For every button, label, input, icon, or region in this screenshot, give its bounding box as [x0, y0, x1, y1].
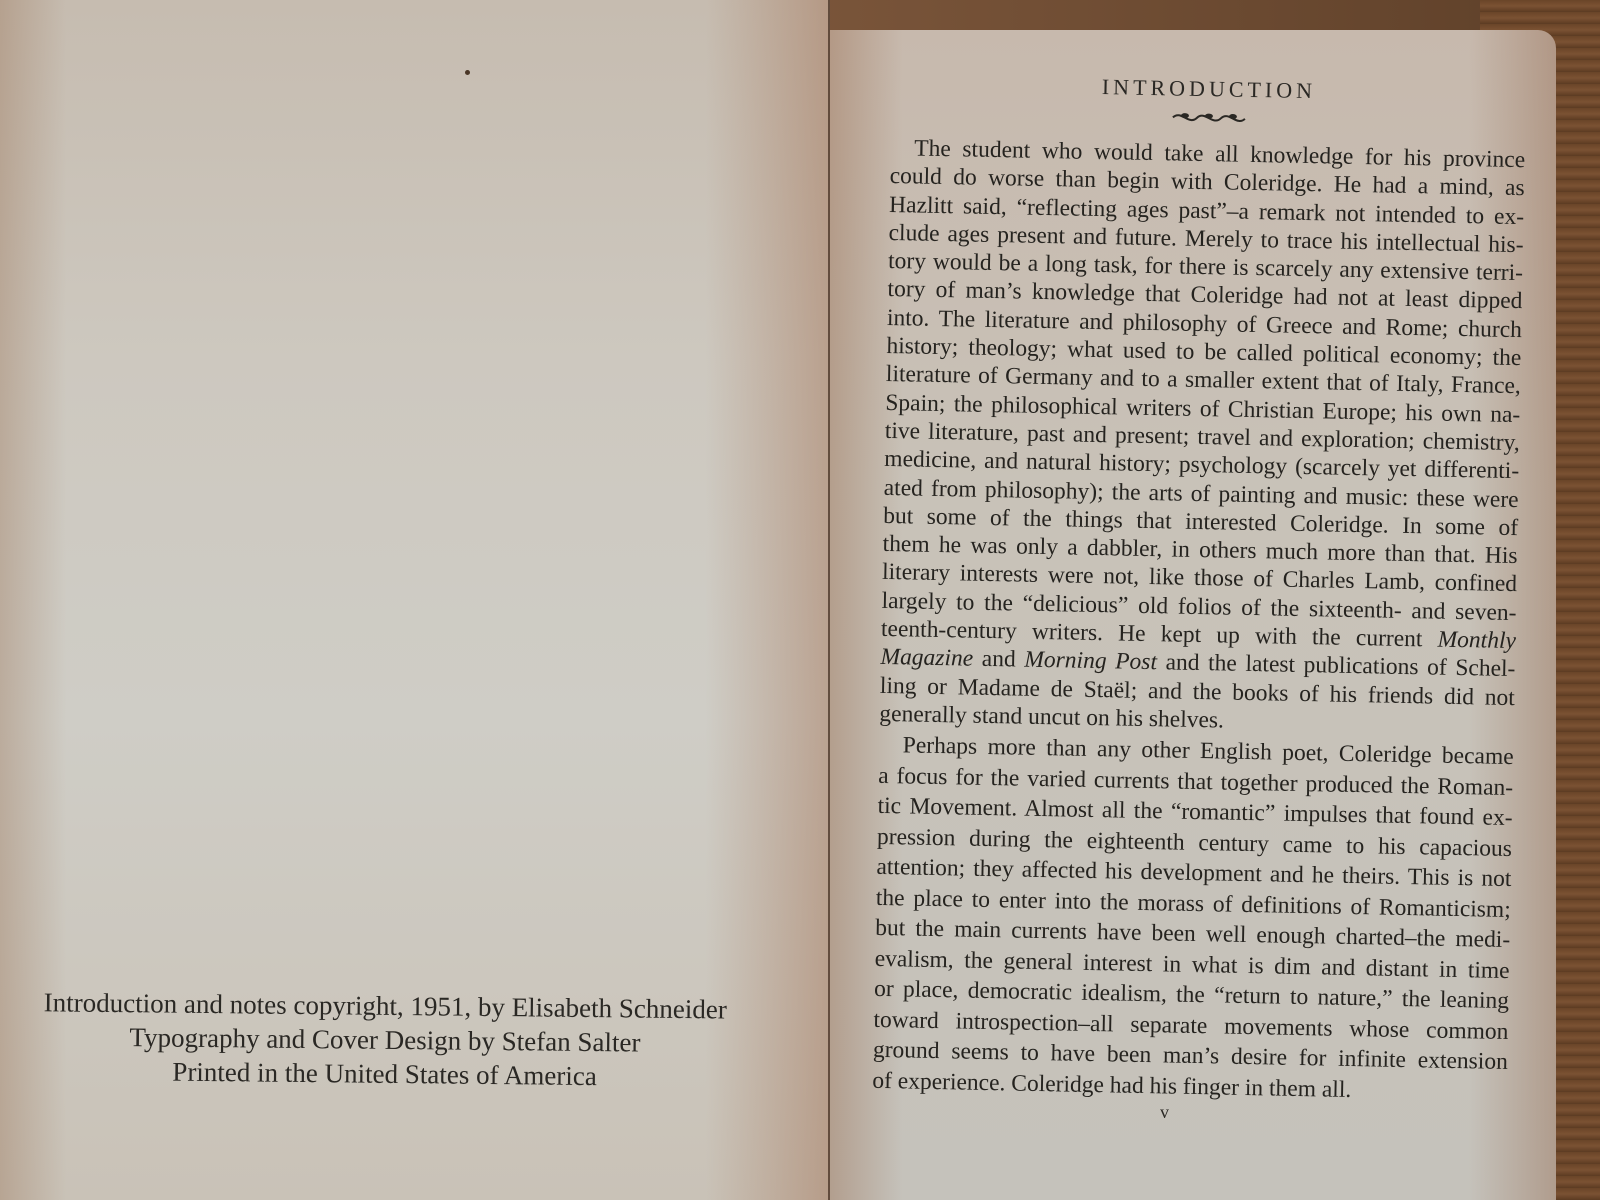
introduction-section: INTRODUCTION The student who would take … [872, 58, 1527, 1108]
copyright-block: Introduction and notes copyright, 1951, … [17, 985, 753, 1095]
page-number: v [1160, 1102, 1169, 1123]
italic-title-morning-post: Morning Post [1024, 647, 1157, 676]
chapter-heading: INTRODUCTION [891, 70, 1526, 108]
italic-title-magazine: Magazine [880, 644, 973, 672]
paragraph-1: The student who would take all knowledge… [879, 134, 1525, 740]
printed-in-line: Printed in the United States of America [17, 1053, 752, 1095]
right-page: INTRODUCTION The student who would take … [830, 30, 1556, 1200]
italic-title-monthly: Monthly [1437, 627, 1516, 654]
paper-speck [465, 70, 470, 75]
text-fragment: and [982, 646, 1016, 673]
left-page: Introduction and notes copyright, 1951, … [0, 0, 830, 1200]
book-photo: Introduction and notes copyright, 1951, … [0, 0, 1600, 1200]
paragraph-2: Perhaps more than any other English poet… [872, 730, 1514, 1108]
floral-ornament-icon [891, 104, 1526, 138]
